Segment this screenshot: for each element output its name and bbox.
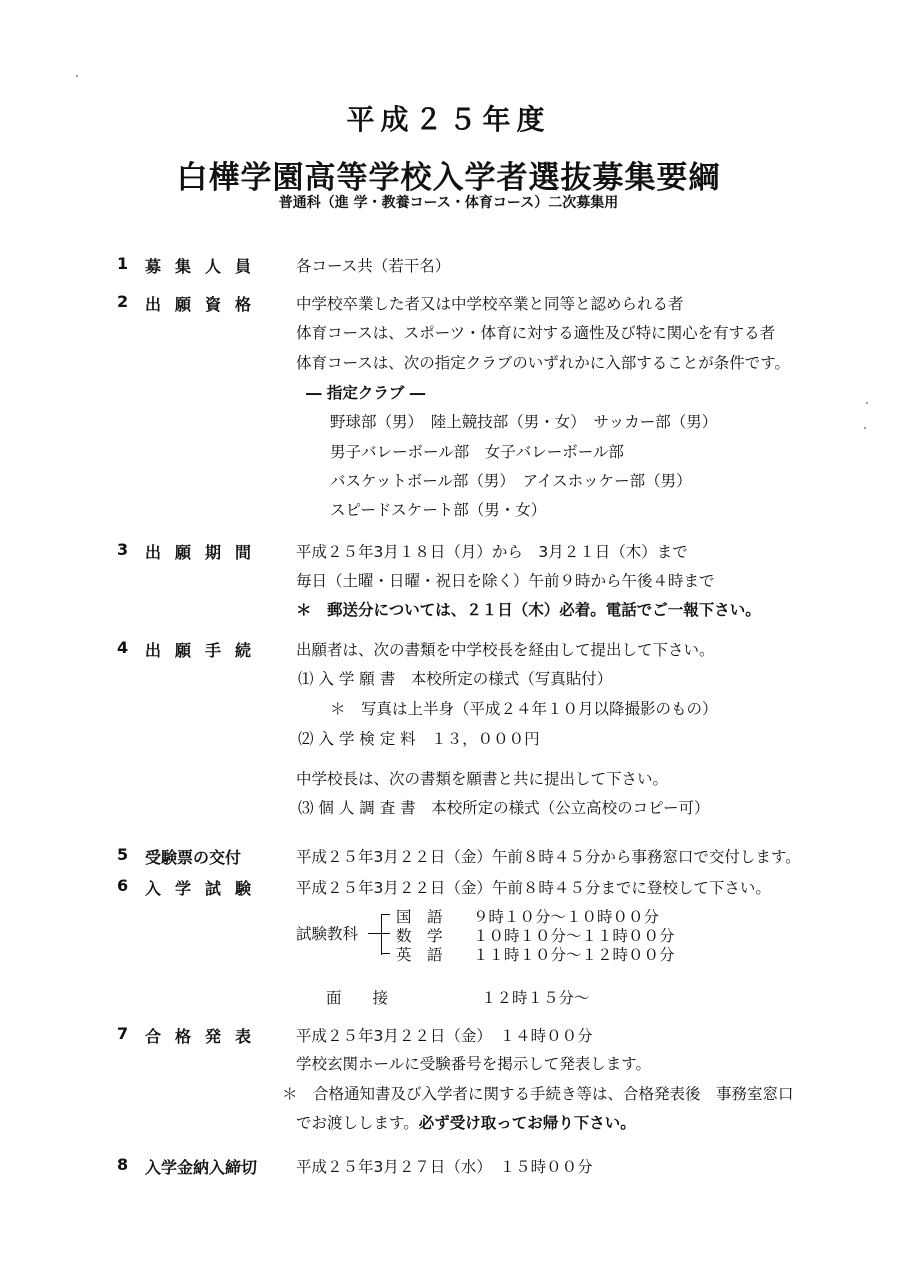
scan-speck <box>866 402 868 404</box>
section-8-number: 8 <box>117 1155 128 1174</box>
section-7-note: ＊ 合格通知書及び入学者に関する手続き等は、合格発表後 事務室窓口 <box>282 1082 794 1104</box>
clubs-line-1: 野球部（男） 陸上競技部（男・女） サッカー部（男） <box>330 410 717 432</box>
section-7-note-cont: でお渡しします。必ず受け取ってお帰り下さい。 <box>296 1111 636 1133</box>
section-1-number: 1 <box>117 254 128 273</box>
section-4-item-2: ⑵ 入 学 検 定 料 １３，０００円 <box>298 727 540 749</box>
scan-speck <box>864 427 866 429</box>
section-3-number: 3 <box>117 540 128 559</box>
section-4-number: 4 <box>117 638 128 657</box>
clubs-line-2: 男子バレーボール部 女子バレーボール部 <box>330 440 624 462</box>
section-3-note: ＊ 郵送分については、２１日（木）必着。電話でご一報下さい。 <box>296 598 761 620</box>
scan-speck <box>76 75 78 77</box>
interview-name: 面 接 <box>326 986 388 1008</box>
section-8-label: 入学金納入締切 <box>145 1155 257 1178</box>
document-subtitle: 普通科（進 学・教養コース・体育コース）二次募集用 <box>0 192 897 212</box>
section-4-line-2: 中学校長は、次の書類を願書と共に提出して下さい。 <box>296 767 668 789</box>
section-3-line-1: 平成２５年3月１８日（月）から 3月２１日（木）まで <box>296 540 688 562</box>
section-6-label: 入学試験 <box>145 876 265 899</box>
section-7-note-emphasis: 必ず受け取ってお帰り下さい。 <box>419 1114 636 1132</box>
section-4-item-1: ⑴ 入 学 願 書 本校所定の様式（写真貼付） <box>298 667 612 689</box>
section-6-number: 6 <box>117 876 128 895</box>
subject-3-name: 英 語 <box>396 943 443 965</box>
section-2-number: 2 <box>117 292 128 311</box>
section-5-label: 受験票の交付 <box>145 845 241 868</box>
section-3-label: 出願期間 <box>145 540 265 563</box>
interview-time: １２時１５分～ <box>481 986 590 1008</box>
section-2-line-1: 中学校卒業した者又は中学校卒業と同等と認められる者 <box>296 292 684 314</box>
section-7-line-2: 学校玄関ホールに受験番号を掲示して発表します。 <box>296 1052 651 1074</box>
section-4-label: 出願手続 <box>145 638 265 661</box>
document-title: 白樺学園高等学校入学者選抜募集要綱 <box>0 152 897 197</box>
section-5-number: 5 <box>117 845 128 864</box>
section-7-line-1: 平成２５年3月２２日（金） １４時００分 <box>296 1024 593 1046</box>
clubs-line-4: スピードスケート部（男・女） <box>330 498 546 520</box>
section-4-item-1-note: ＊ 写真は上半身（平成２４年１０月以降撮影のもの） <box>330 697 718 719</box>
section-7-label: 合格発表 <box>145 1024 265 1047</box>
document-year: 平成２５年度 <box>0 98 897 138</box>
section-2-line-2: 体育コースは、スポーツ・体育に対する適性及び特に関心を有する者 <box>296 321 775 343</box>
section-2-label: 出願資格 <box>145 292 265 315</box>
section-3-line-2: 毎日（土曜・日曜・祝日を除く）午前９時から午後４時まで <box>296 569 715 591</box>
section-7-note-cont-text: でお渡しします。 <box>296 1114 419 1132</box>
subject-3-time: １１時１０分～１２時００分 <box>473 943 675 965</box>
section-5-text: 平成２５年3月２２日（金）午前８時４５分から事務窓口で交付します。 <box>296 845 801 867</box>
section-7-number: 7 <box>117 1024 128 1043</box>
section-2-line-3: 体育コースは、次の指定クラブのいずれかに入部することが条件です。 <box>296 351 790 373</box>
section-8-text: 平成２５年3月２７日（水） １５時００分 <box>296 1155 593 1177</box>
section-4-line-1: 出願者は、次の書類を中学校長を経由して提出して下さい。 <box>296 638 715 660</box>
section-1-label: 募集人員 <box>145 254 265 277</box>
subjects-label: 試験教科 <box>296 922 358 944</box>
clubs-heading: ― 指定クラブ ― <box>306 381 425 403</box>
section-4-item-3: ⑶ 個 人 調 査 書 本校所定の様式（公立高校のコピー可） <box>298 796 710 818</box>
section-6-text: 平成２５年3月２２日（金）午前８時４５分までに登校して下さい。 <box>296 876 771 898</box>
section-1-text: 各コース共（若干名） <box>296 254 450 276</box>
clubs-line-3: バスケットボール部（男） アイスホッケー部（男） <box>330 469 692 491</box>
